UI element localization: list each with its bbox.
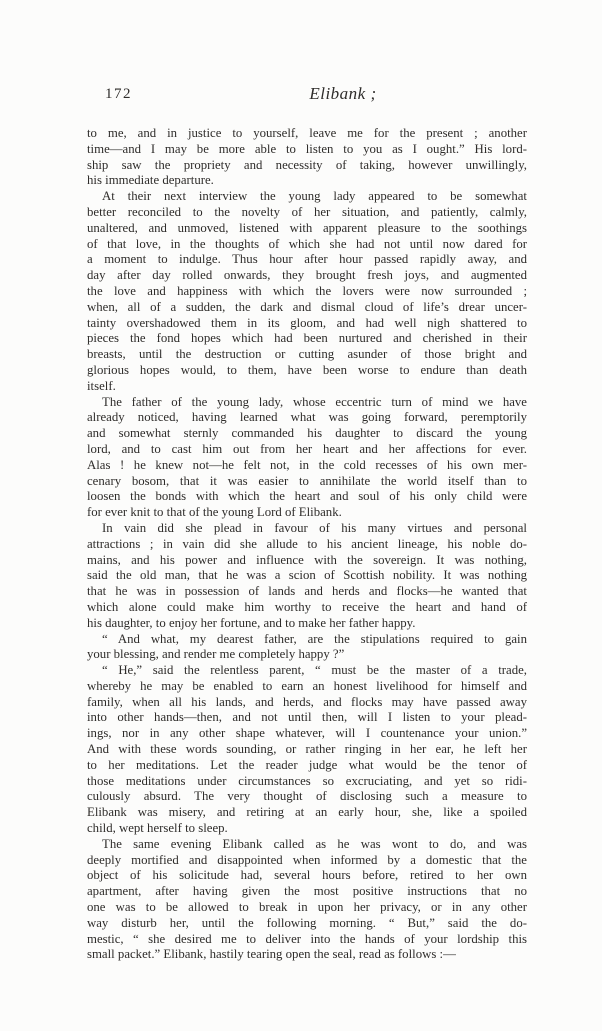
text-line: his immediate departure.: [87, 173, 527, 189]
text-line: and somewhat sternly commanded his daugh…: [87, 426, 527, 442]
text-line: his daughter, to enjoy her fortune, and …: [87, 616, 527, 632]
paragraph: The same evening Elibank called as he wa…: [87, 837, 527, 963]
text-line: cenary bosom, that it was easier to anni…: [87, 474, 527, 490]
text-line: small packet.” Elibank, hastily tearing …: [87, 947, 527, 963]
text-line: better reconciled to the novelty of her …: [87, 205, 527, 221]
text-line: Elibank was misery, and retiring at an e…: [87, 805, 527, 821]
text-line: day after day rolled onwards, they broug…: [87, 268, 527, 284]
page-header: 172 Elibank ;: [87, 84, 527, 108]
text-line: family, when all his lands, and herds, a…: [87, 695, 527, 711]
text-line: ship saw the propriety and necessity of …: [87, 158, 527, 174]
text-line: those meditations under circumstances so…: [87, 774, 527, 790]
text-line: At their next interview the young lady a…: [87, 189, 527, 205]
text-line: culously absurd. The very thought of dis…: [87, 789, 527, 805]
paragraph: “ He,” said the relentless parent, “ mus…: [87, 663, 527, 837]
text-line: The father of the young lady, whose ecce…: [87, 395, 527, 411]
text-line: attractions ; in vain did she allude to …: [87, 537, 527, 553]
text-line: whereby he may be enabled to earn an hon…: [87, 679, 527, 695]
running-title: Elibank ;: [123, 84, 563, 104]
text-line: into other hands—then, and not until the…: [87, 710, 527, 726]
text-line: ings, nor in any other shape whatever, w…: [87, 726, 527, 742]
text-line: apartment, after having given the most p…: [87, 884, 527, 900]
text-line: loosen the bonds with which the heart an…: [87, 489, 527, 505]
paragraph: In vain did she plead in favour of his m…: [87, 521, 527, 632]
text-line: mains, and his power and influence with …: [87, 553, 527, 569]
paragraph: At their next interview the young lady a…: [87, 189, 527, 394]
text-line: your blessing, and render me completely …: [87, 647, 527, 663]
text-line: to me, and in justice to yourself, leave…: [87, 126, 527, 142]
text-line: unaltered, and unmoved, listened with ap…: [87, 221, 527, 237]
text-line: when, all of a sudden, the dark and dism…: [87, 300, 527, 316]
text-line: itself.: [87, 379, 527, 395]
text-line: lord, and to cast him out from her heart…: [87, 442, 527, 458]
text-line: of that love, in the thoughts of which s…: [87, 237, 527, 253]
text-line: a moment to indulge. Thus hour after hou…: [87, 252, 527, 268]
text-line: tainty overshadowed them in its gloom, a…: [87, 316, 527, 332]
text-line: “ He,” said the relentless parent, “ mus…: [87, 663, 527, 679]
text-line: In vain did she plead in favour of his m…: [87, 521, 527, 537]
text-line: that he was in possession of lands and h…: [87, 584, 527, 600]
text-line: glorious hopes would, to them, have been…: [87, 363, 527, 379]
paragraph: The father of the young lady, whose ecce…: [87, 395, 527, 521]
text-line: way disturb her, until the following mor…: [87, 916, 527, 932]
text-line: for ever knit to that of the young Lord …: [87, 505, 527, 521]
text-line: mestic, “ she desired me to deliver into…: [87, 932, 527, 948]
text-line: child, wept herself to sleep.: [87, 821, 527, 837]
text-line: breasts, until the destruction or cuttin…: [87, 347, 527, 363]
text-line: time—and I may be more able to listen to…: [87, 142, 527, 158]
book-page: 172 Elibank ; to me, and in justice to y…: [0, 0, 602, 1031]
text-line: Alas ! he knew not—he felt not, in the c…: [87, 458, 527, 474]
text-line: And with these words sounding, or rather…: [87, 742, 527, 758]
text-line: The same evening Elibank called as he wa…: [87, 837, 527, 853]
paragraph: to me, and in justice to yourself, leave…: [87, 126, 527, 189]
text-line: to her meditations. Let the reader judge…: [87, 758, 527, 774]
text-line: pieces the fond hopes which had been nur…: [87, 331, 527, 347]
text-line: which alone could make him worthy to rec…: [87, 600, 527, 616]
page-body: to me, and in justice to yourself, leave…: [87, 126, 527, 963]
text-line: already noticed, having learned what was…: [87, 410, 527, 426]
text-line: deeply mortified and disappointed when i…: [87, 853, 527, 869]
text-line: one was to be allowed to break in upon h…: [87, 900, 527, 916]
text-line: the love and happiness with which the lo…: [87, 284, 527, 300]
text-line: object of his solicitude had, several ho…: [87, 868, 527, 884]
text-line: “ And what, my dearest father, are the s…: [87, 632, 527, 648]
paragraph: “ And what, my dearest father, are the s…: [87, 632, 527, 664]
text-line: said the old man, that he was a scion of…: [87, 568, 527, 584]
